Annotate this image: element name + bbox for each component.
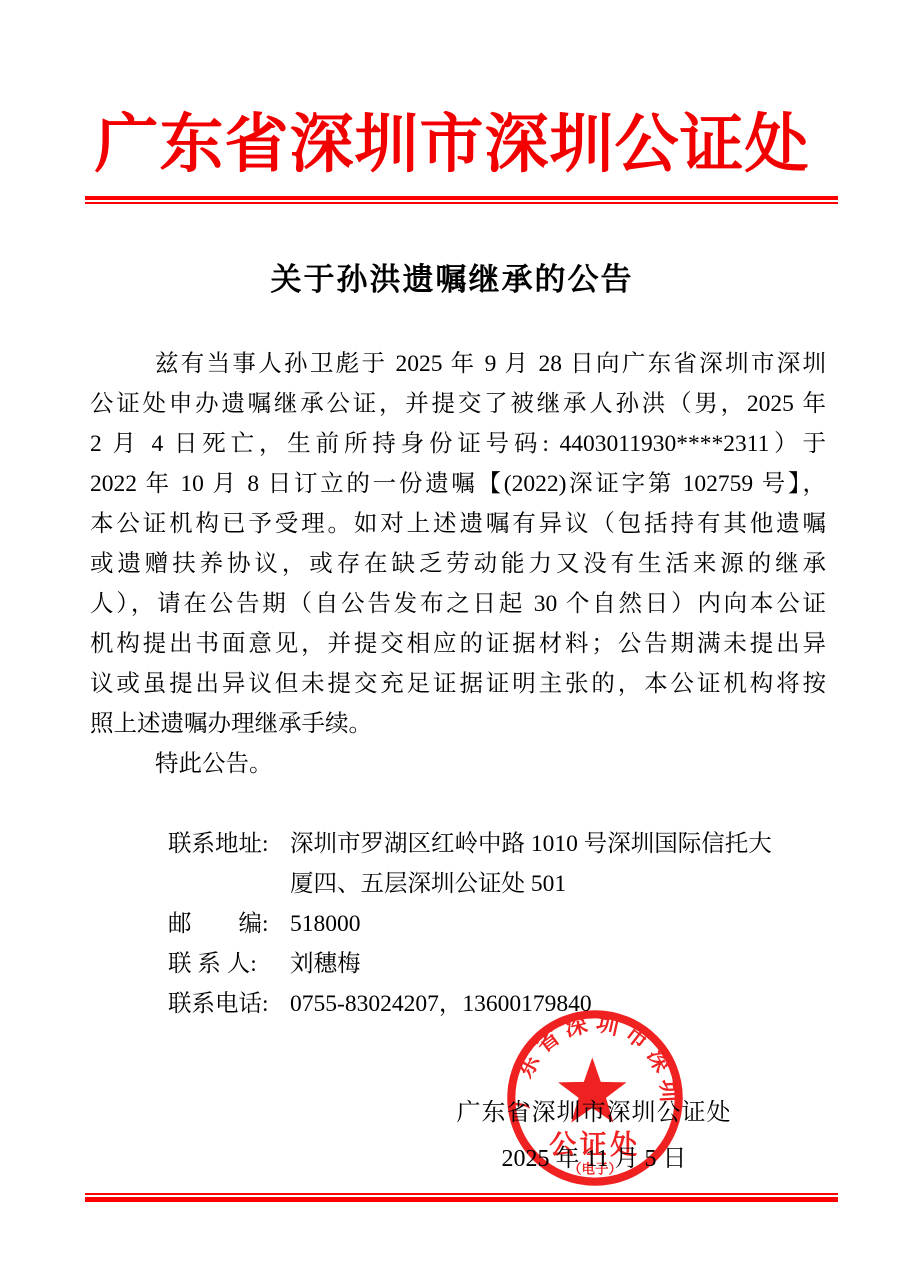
body-line: 公证处申办遗嘱继承公证，并提交了被继承人孙洪（男，2025 年 [90,384,826,424]
signature-date: 2025 年 11 月 5 日 [452,1138,736,1173]
notice-title: 关于孙洪遗嘱继承的公告 [0,254,904,299]
contact-label: 联 系 人: [168,944,290,984]
body-line: 人），请在公告期（自公告发布之日起 30 个自然日）内向本公证 [90,584,826,624]
contact-value-line: 0755-83024207，13600179840 [290,984,828,1024]
body-line: 2 月 4 日死亡，生前所持身份证号码: 4403011930****2311）… [90,424,826,464]
contact-row-postcode: 邮 编: 518000 [168,904,828,944]
contact-value-line: 518000 [290,904,828,944]
contact-label: 联系地址: [168,824,290,864]
contact-row-phone: 联系电话: 0755-83024207，13600179840 [168,984,828,1024]
body-line: 兹有当事人孙卫彪于 2025 年 9 月 28 日向广东省深圳市深圳 [90,344,826,384]
contact-row-person: 联 系 人: 刘穗梅 [168,944,828,984]
letterhead-double-rule [85,196,838,204]
contact-block: 联系地址: 深圳市罗湖区红岭中路 1010 号深圳国际信托大 厦四、五层深圳公证… [168,824,828,1024]
contact-value: 518000 [290,904,828,944]
contact-value-line: 刘穗梅 [290,944,828,984]
signature-org-name: 广东省深圳市深圳公证处 [452,1092,736,1127]
contact-label: 邮 编: [168,904,290,944]
contact-value: 深圳市罗湖区红岭中路 1010 号深圳国际信托大 厦四、五层深圳公证处 501 [290,824,828,904]
contact-row-address: 联系地址: 深圳市罗湖区红岭中路 1010 号深圳国际信托大 厦四、五层深圳公证… [168,824,828,904]
contact-label: 联系电话: [168,984,290,1024]
body-line: 机构提出书面意见，并提交相应的证据材料；公告期满未提出异 [90,624,826,664]
contact-value-line: 厦四、五层深圳公证处 501 [290,864,828,904]
letterhead-org-title: 广东省深圳市深圳公证处 [0,100,904,190]
body-line: 或遗赠扶养协议，或存在缺乏劳动能力又没有生活来源的继承 [90,544,826,584]
contact-value-line: 深圳市罗湖区红岭中路 1010 号深圳国际信托大 [290,824,828,864]
rule-thick-line [85,1197,838,1202]
body-line: 议或虽提出异议但未提交充足证据证明主张的，本公证机构将按 [90,664,826,704]
contact-value: 刘穗梅 [290,944,828,984]
body-line: 本公证机构已予受理。如对上述遗嘱有异议（包括持有其他遗嘱 [90,504,826,544]
rule-thin-line [85,202,838,204]
closing-line: 特此公告。 [90,744,826,784]
body-line: 2022 年 10 月 8 日订立的一份遗嘱【(2022)深证字第 102759… [90,464,826,504]
body-line: 照上述遗嘱办理继承手续。 [90,704,826,744]
contact-value: 0755-83024207，13600179840 [290,984,828,1024]
notice-body: 兹有当事人孙卫彪于 2025 年 9 月 28 日向广东省深圳市深圳 公证处申办… [90,344,826,784]
notary-announcement-page: 广东省深圳市深圳公证处 关于孙洪遗嘱继承的公告 兹有当事人孙卫彪于 2025 年… [0,0,904,1281]
footer-double-rule [85,1193,838,1202]
